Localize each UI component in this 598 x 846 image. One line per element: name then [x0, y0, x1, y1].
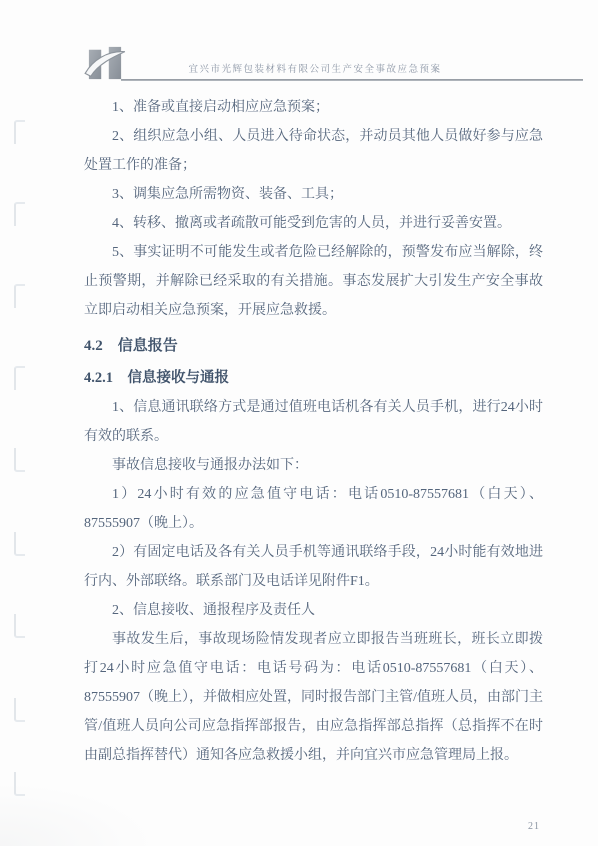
- binding-mark: [14, 202, 25, 226]
- binding-mark: [14, 448, 25, 472]
- paragraph: 1、信息通讯联络方式是通过值班电话机各有关人员手机，进行24小时有效的联系。: [84, 393, 543, 451]
- paragraph: 2）有固定电话及各有关人员手机等通讯联络手段，24小时能有效地进行内、外部联络。…: [84, 538, 543, 596]
- paragraph: 5、事实证明不可能发生或者危险已经解除的，预警发布应当解除，终止预警期，并解除已…: [84, 238, 543, 325]
- page-number: 21: [528, 821, 540, 832]
- section-heading: 4.2 信息报告: [84, 332, 543, 361]
- paragraph: 3、调集应急所需物资、装备、工具；: [84, 180, 543, 209]
- header-title: 宜兴市光辉包装材料有限公司生产安全事故应急预案: [110, 61, 520, 75]
- binding-mark: [14, 772, 25, 796]
- document-page: 宜兴市光辉包装材料有限公司生产安全事故应急预案 1、准备或直接启动相应应急预案；…: [0, 0, 598, 846]
- binding-mark: [14, 366, 25, 390]
- paragraph: 1）24小时有效的应急值守电话：电话0510-87557681（白天）、8755…: [84, 480, 543, 538]
- paragraph: 1、准备或直接启动相应应急预案；: [84, 93, 543, 122]
- paragraph: 事故发生后，事故现场险情发现者应立即报告当班班长，班长立即拨打24小时应急值守电…: [84, 625, 543, 770]
- binding-mark: [14, 698, 25, 722]
- paragraph: 事故信息接收与通报办法如下：: [84, 451, 543, 480]
- binding-mark: [14, 614, 25, 638]
- binding-mark: [14, 284, 25, 308]
- paragraph: 4、转移、撤离或者疏散可能受到危害的人员，并进行妥善安置。: [84, 209, 543, 238]
- subsection-heading: 4.2.1 信息接收与通报: [84, 364, 543, 393]
- document-content: 1、准备或直接启动相应应急预案； 2、组织应急小组、人员进入待命状态，并动员其他…: [84, 93, 543, 770]
- paragraph: 2、组织应急小组、人员进入待命状态，并动员其他人员做好参与应急处置工作的准备；: [84, 122, 543, 180]
- paragraph: 2、信息接收、通报程序及责任人: [84, 596, 543, 625]
- binding-mark: [14, 120, 25, 144]
- page-header: 宜兴市光辉包装材料有限公司生产安全事故应急预案: [0, 0, 598, 82]
- binding-mark: [14, 532, 25, 556]
- header-rule: [121, 79, 583, 81]
